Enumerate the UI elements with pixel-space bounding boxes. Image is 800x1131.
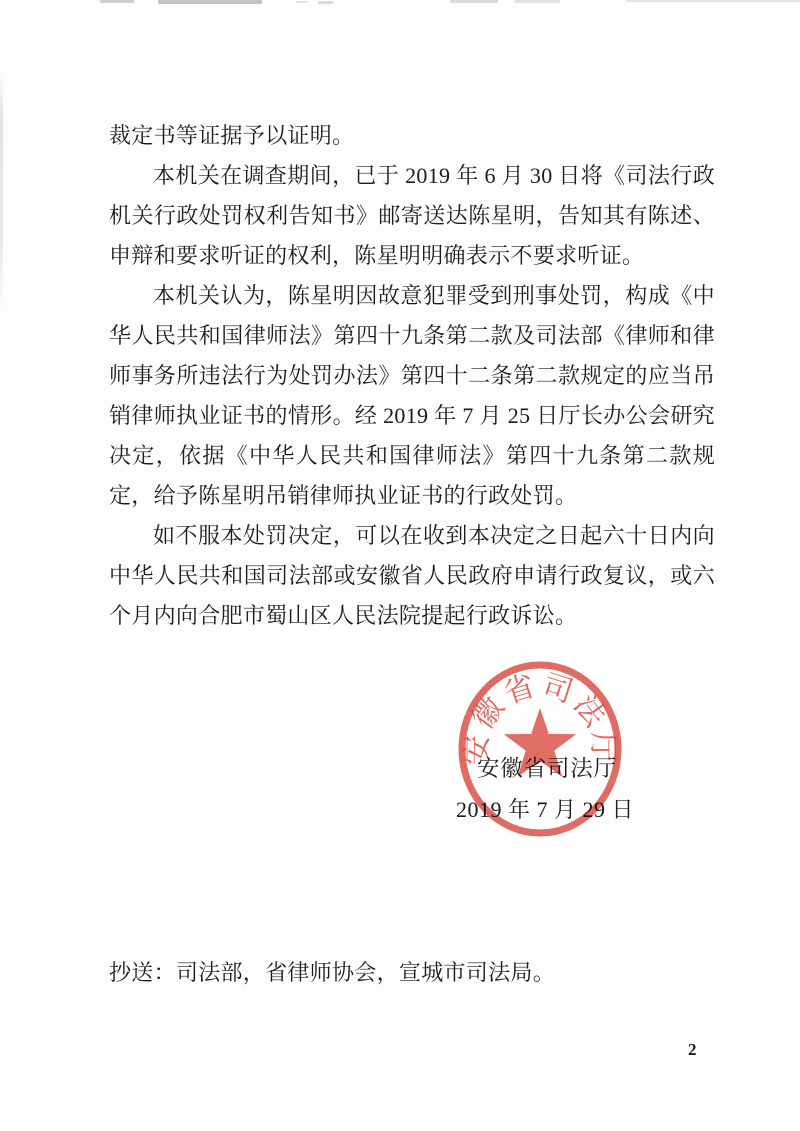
scan-artifact — [0, 68, 3, 318]
paragraph-decision: 本机关认为，陈星明因故意犯罪受到刑事处罚，构成《中华人民共和国律师法》第四十九条… — [109, 276, 715, 516]
scan-artifact — [514, 0, 560, 3]
scan-artifact — [626, 0, 800, 2]
official-seal: 安徽省司法厅 — [452, 660, 630, 840]
scan-artifact — [450, 0, 498, 3]
paragraph-continuation: 裁定书等证据予以证明。 — [109, 116, 715, 156]
seal-star-icon — [504, 708, 576, 777]
paragraph-notification: 本机关在调查期间，已于 2019 年 6 月 30 日将《司法行政机关行政处罚权… — [109, 156, 715, 276]
document-body: 裁定书等证据予以证明。 本机关在调查期间，已于 2019 年 6 月 30 日将… — [109, 116, 715, 636]
scan-artifact — [318, 1, 333, 4]
scan-artifact — [296, 1, 308, 3]
page-number: 2 — [688, 1040, 697, 1060]
scanned-document-page: 裁定书等证据予以证明。 本机关在调查期间，已于 2019 年 6 月 30 日将… — [0, 0, 800, 1131]
scan-artifact — [158, 0, 262, 4]
paragraph-appeal-rights: 如不服本处罚决定，可以在收到本决定之日起六十日内向中华人民共和国司法部或安徽省人… — [109, 516, 715, 636]
cc-line: 抄送：司法部，省律师协会，宣城市司法局。 — [109, 956, 555, 987]
scan-artifact — [100, 0, 134, 3]
